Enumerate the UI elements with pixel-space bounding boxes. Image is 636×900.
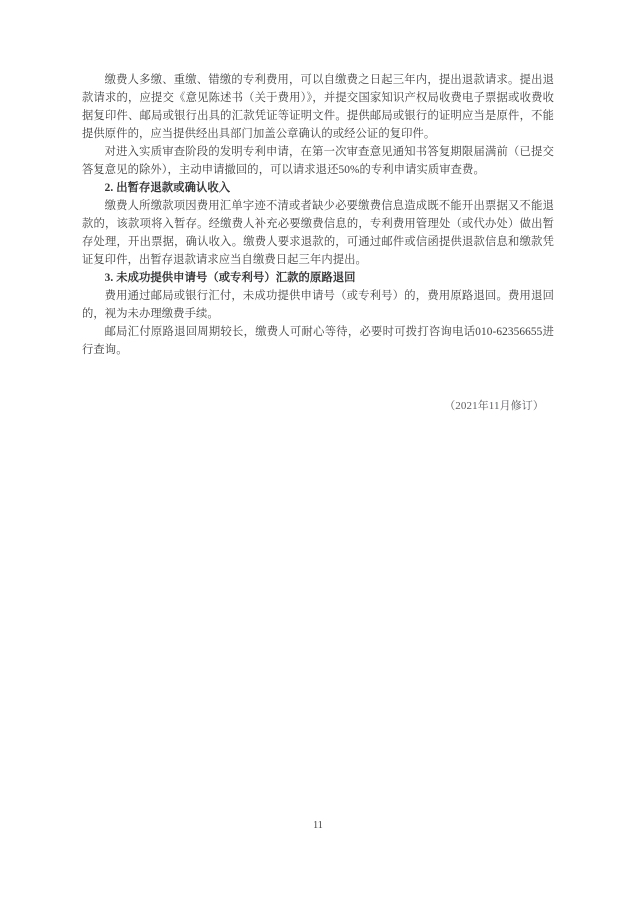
paragraph-temporary-deposit-refund: 缴费人所缴款项因费用汇单字迹不清或者缺少必要缴费信息造成既不能开出票据又不能退款… bbox=[82, 197, 554, 269]
paragraph-postal-refund-inquiry: 邮局汇付原路退回周期较长，缴费人可耐心等待，必要时可拨打咨询电话010-6235… bbox=[82, 323, 554, 359]
section-heading-3: 3. 未成功提供申请号（或专利号）汇款的原路退回 bbox=[82, 269, 554, 287]
paragraph-refund-request: 缴费人多缴、重缴、错缴的专利费用，可以自缴费之日起三年内，提出退款请求。提出退款… bbox=[82, 71, 554, 143]
document-page: 缴费人多缴、重缴、错缴的专利费用，可以自缴费之日起三年内，提出退款请求。提出退款… bbox=[0, 0, 636, 900]
section-heading-2: 2. 出暂存退款或确认收入 bbox=[82, 179, 554, 197]
revision-note: （2021年11月修订） bbox=[82, 397, 554, 415]
page-number: 11 bbox=[0, 820, 636, 831]
document-body: 缴费人多缴、重缴、错缴的专利费用，可以自缴费之日起三年内，提出退款请求。提出退款… bbox=[82, 71, 554, 415]
paragraph-substantive-exam-refund: 对进入实质审查阶段的发明专利申请，在第一次审查意见通知书答复期限届满前（已提交答… bbox=[82, 143, 554, 179]
paragraph-unsuccessful-remittance-return: 费用通过邮局或银行汇付，未成功提供申请号（或专利号）的，费用原路退回。费用退回的… bbox=[82, 287, 554, 323]
